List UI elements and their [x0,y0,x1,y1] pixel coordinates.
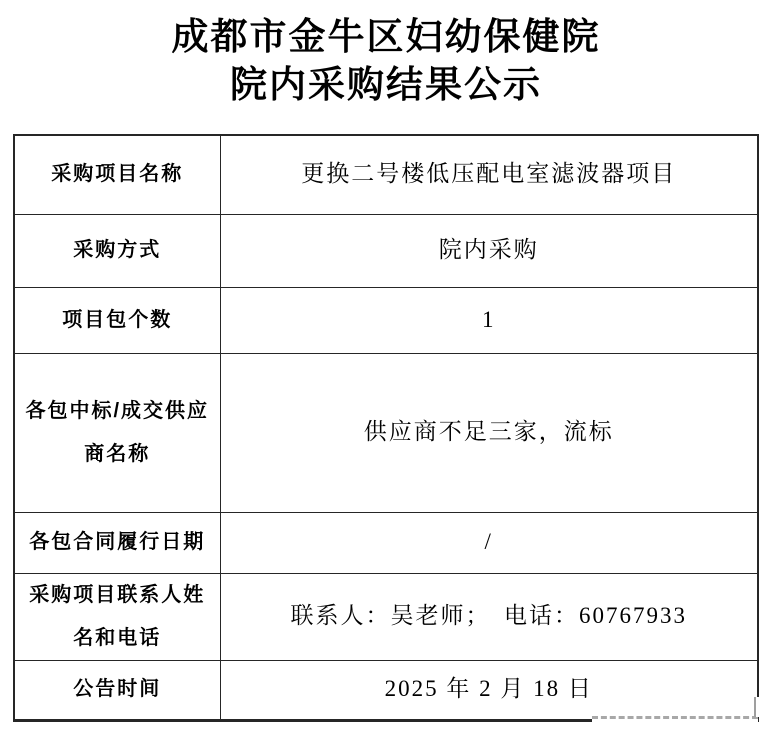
table-row-package-count: 项目包个数 1 [14,287,758,353]
row-value: 供应商不足三家，流标 [220,353,758,512]
row-label: 项目包个数 [14,287,220,353]
row-label: 采购方式 [14,214,220,287]
row-label: 采购项目名称 [14,135,220,214]
row-value: 联系人：吴老师； 电话：60767933 [220,573,758,660]
title-line-1: 成都市金牛区妇幼保健院 [0,14,772,62]
row-label: 各包合同履行日期 [14,512,220,573]
table-row-announcement-time: 公告时间 2025 年 2 月 18 日 [14,660,758,720]
table-row-winning-supplier: 各包中标/成交供应商名称 供应商不足三家，流标 [14,353,758,512]
scan-artifact-dashed-border [592,716,758,726]
page-title: 成都市金牛区妇幼保健院 院内采购结果公示 [0,14,772,110]
table-row-project-name: 采购项目名称 更换二号楼低压配电室滤波器项目 [14,135,758,214]
row-value: 1 [220,287,758,353]
procurement-result-table: 采购项目名称 更换二号楼低压配电室滤波器项目 采购方式 院内采购 项目包个数 1… [13,134,759,722]
scan-artifact-gray-tick [754,697,760,717]
table-row-contact-info: 采购项目联系人姓名和电话 联系人：吴老师； 电话：60767933 [14,573,758,660]
table-row-contract-date: 各包合同履行日期 / [14,512,758,573]
row-label: 公告时间 [14,660,220,720]
table-row-procurement-method: 采购方式 院内采购 [14,214,758,287]
row-label: 采购项目联系人姓名和电话 [14,573,220,660]
title-line-2: 院内采购结果公示 [0,62,772,110]
row-label: 各包中标/成交供应商名称 [14,353,220,512]
row-value: / [220,512,758,573]
row-value: 院内采购 [220,214,758,287]
row-value: 更换二号楼低压配电室滤波器项目 [220,135,758,214]
row-value: 2025 年 2 月 18 日 [220,660,758,720]
